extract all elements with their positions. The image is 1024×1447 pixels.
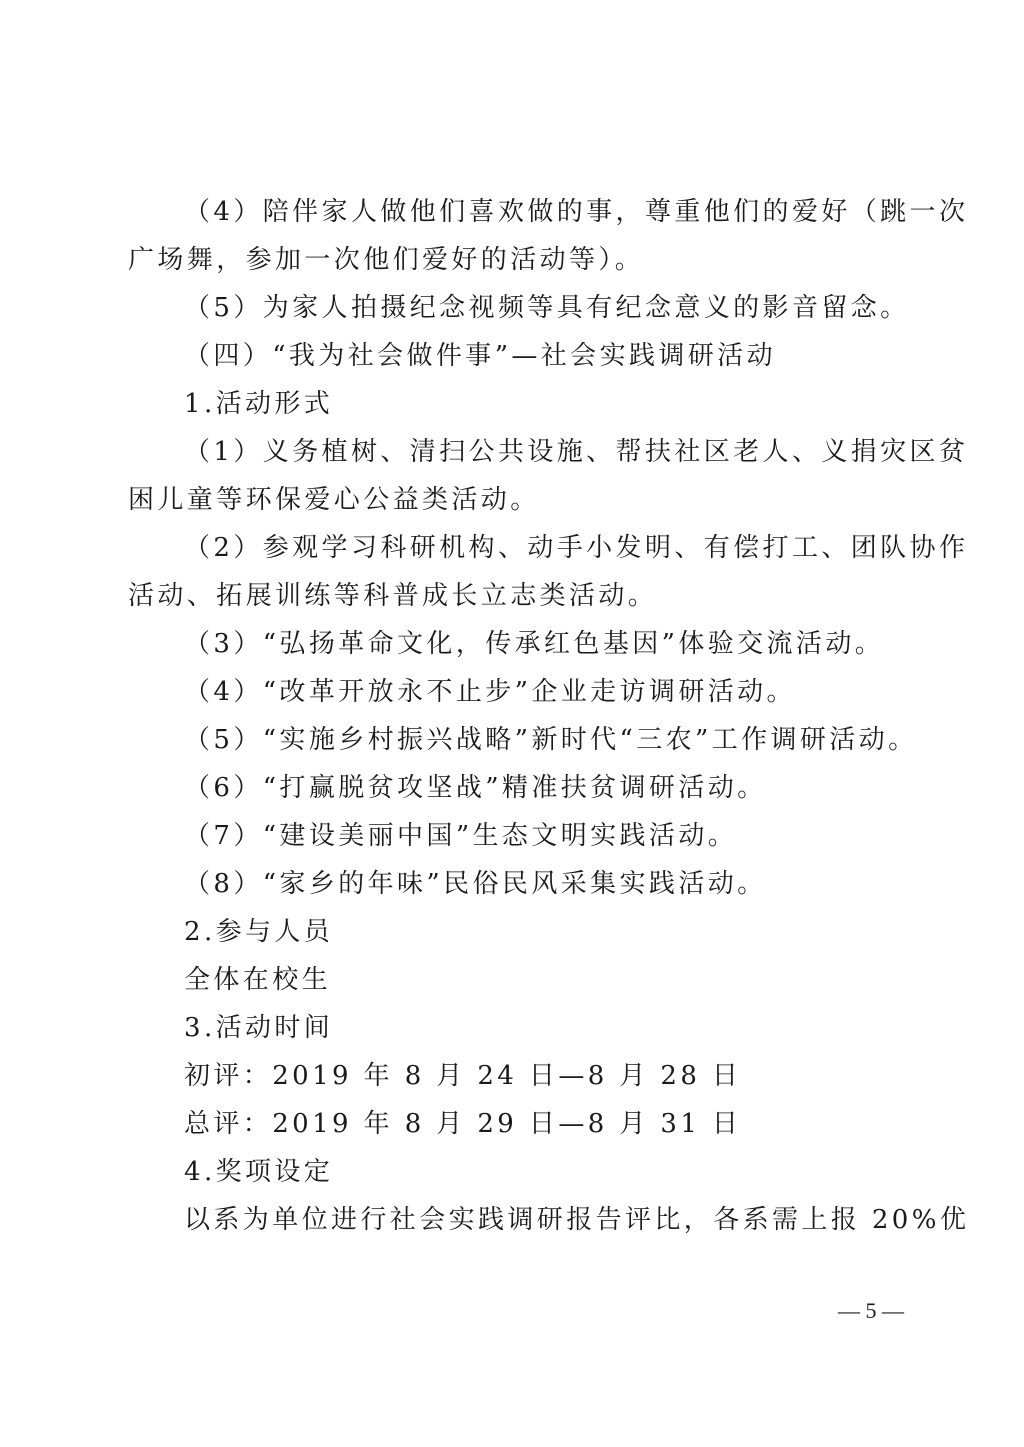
list-item-1: （1）义务植树、清扫公共设施、帮扶社区老人、义捐灾区贫 <box>184 436 968 468</box>
preliminary-review-dates: 初评：2019 年 8 月 24 日—8 月 28 日 <box>184 1060 741 1092</box>
paragraph-line-family-hobby-cont: 广场舞，参加一次他们爱好的活动等）。 <box>128 244 644 276</box>
list-item-1-cont: 困儿童等环保爱心公益类活动。 <box>128 484 540 516</box>
list-item-3: （3）“弘扬革命文化，传承红色基因”体验交流活动。 <box>184 628 884 660</box>
subheading-awards: 4.奖项设定 <box>184 1156 333 1188</box>
subheading-activity-format: 1.活动形式 <box>184 388 333 420</box>
subheading-participants: 2.参与人员 <box>184 916 333 948</box>
list-item-4: （4）“改革开放永不止步”企业走访调研活动。 <box>184 676 796 708</box>
awards-description: 以系为单位进行社会实践调研报告评比，各系需上报 20%优 <box>184 1204 969 1236</box>
section-heading-social-practice: （四）“我为社会做件事”—社会实践调研活动 <box>184 340 776 372</box>
list-item-8: （8）“家乡的年味”民俗民风采集实践活动。 <box>184 868 767 900</box>
participants-value: 全体在校生 <box>184 964 331 996</box>
list-item-2-cont: 活动、拓展训练等科普成长立志类活动。 <box>128 580 657 612</box>
paragraph-line-family-hobby: （4）陪伴家人做他们喜欢做的事，尊重他们的爱好（跳一次 <box>184 196 968 228</box>
page-number: — 5 — <box>838 1297 904 1325</box>
list-item-6: （6）“打赢脱贫攻坚战”精准扶贫调研活动。 <box>184 772 767 804</box>
list-item-5: （5）“实施乡村振兴战略”新时代“三农”工作调研活动。 <box>184 724 918 756</box>
list-item-7: （7）“建设美丽中国”生态文明实践活动。 <box>184 820 737 852</box>
list-item-2: （2）参观学习科研机构、动手小发明、有偿打工、团队协作 <box>184 532 968 564</box>
paragraph-line-family-video: （5）为家人拍摄纪念视频等具有纪念意义的影音留念。 <box>184 292 910 324</box>
document-page: （4）陪伴家人做他们喜欢做的事，尊重他们的爱好（跳一次 广场舞，参加一次他们爱好… <box>0 0 1024 1447</box>
subheading-activity-time: 3.活动时间 <box>184 1012 333 1044</box>
final-review-dates: 总评：2019 年 8 月 29 日—8 月 31 日 <box>184 1108 741 1140</box>
